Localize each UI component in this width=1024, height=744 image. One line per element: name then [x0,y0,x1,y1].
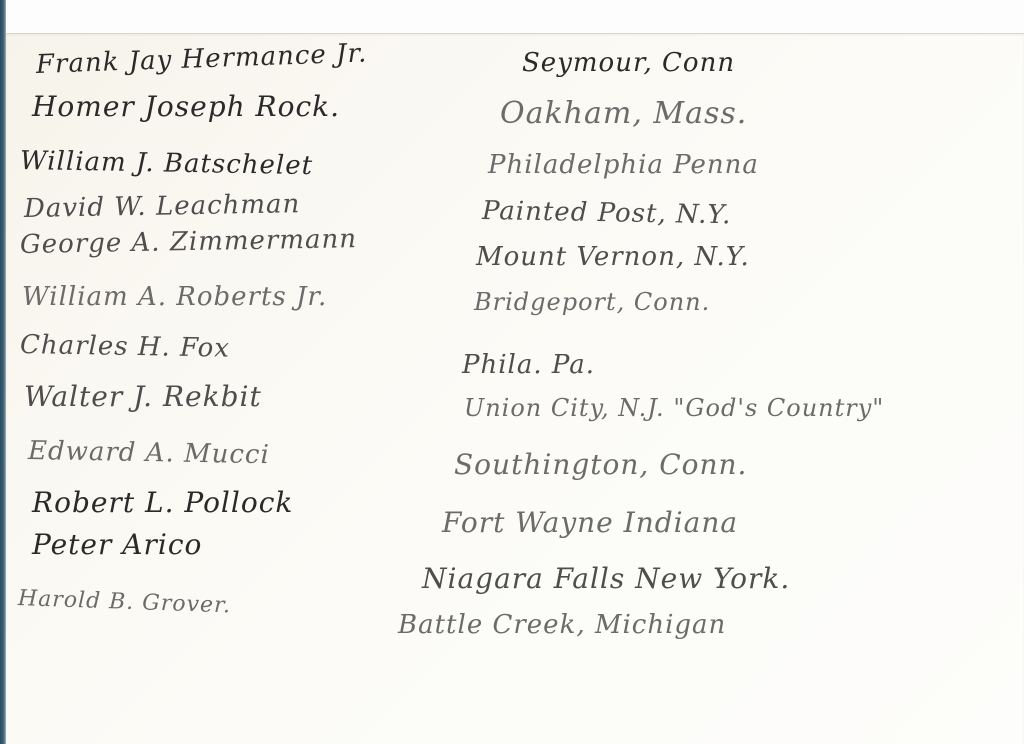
entry-name: William J. Batschelet [20,146,314,181]
entry-name: Peter Arico [32,528,202,561]
entry-place: Southington, Conn. [454,448,747,481]
entry-name: Edward A. Mucci [28,436,270,470]
entry-name: Harold B. Grover. [18,586,232,618]
entry-name: David W. Leachman [24,189,301,224]
entry-name: Frank Jay Hermance Jr. [35,38,367,80]
entry-name: William A. Roberts Jr. [22,282,327,312]
entry-place: Niagara Falls New York. [422,562,790,595]
entry-place: Seymour, Conn [522,48,735,78]
entry-name: George A. Zimmermann [20,224,357,260]
entry-place: Battle Creek, Michigan [398,610,726,640]
entry-place: Phila. Pa. [462,350,595,380]
entry-name: Walter J. Rekbit [24,380,262,413]
scan-background [0,0,1024,34]
entry-place: Fort Wayne Indiana [442,506,738,539]
entry-place: Mount Vernon, N.Y. [476,242,750,272]
entry-place: Philadelphia Penna [488,150,759,180]
entry-name: Homer Joseph Rock. [32,90,340,123]
signature-card: Frank Jay Hermance Jr. Homer Joseph Rock… [6,33,1024,744]
entry-place: Bridgeport, Conn. [474,288,710,316]
entry-place: Union City, N.J. "God's Country" [464,394,884,422]
entry-place: Oakham, Mass. [500,96,747,131]
entry-name: Robert L. Pollock [32,486,293,519]
entry-name: Charles H. Fox [20,330,231,364]
entry-place: Painted Post, N.Y. [482,196,732,230]
